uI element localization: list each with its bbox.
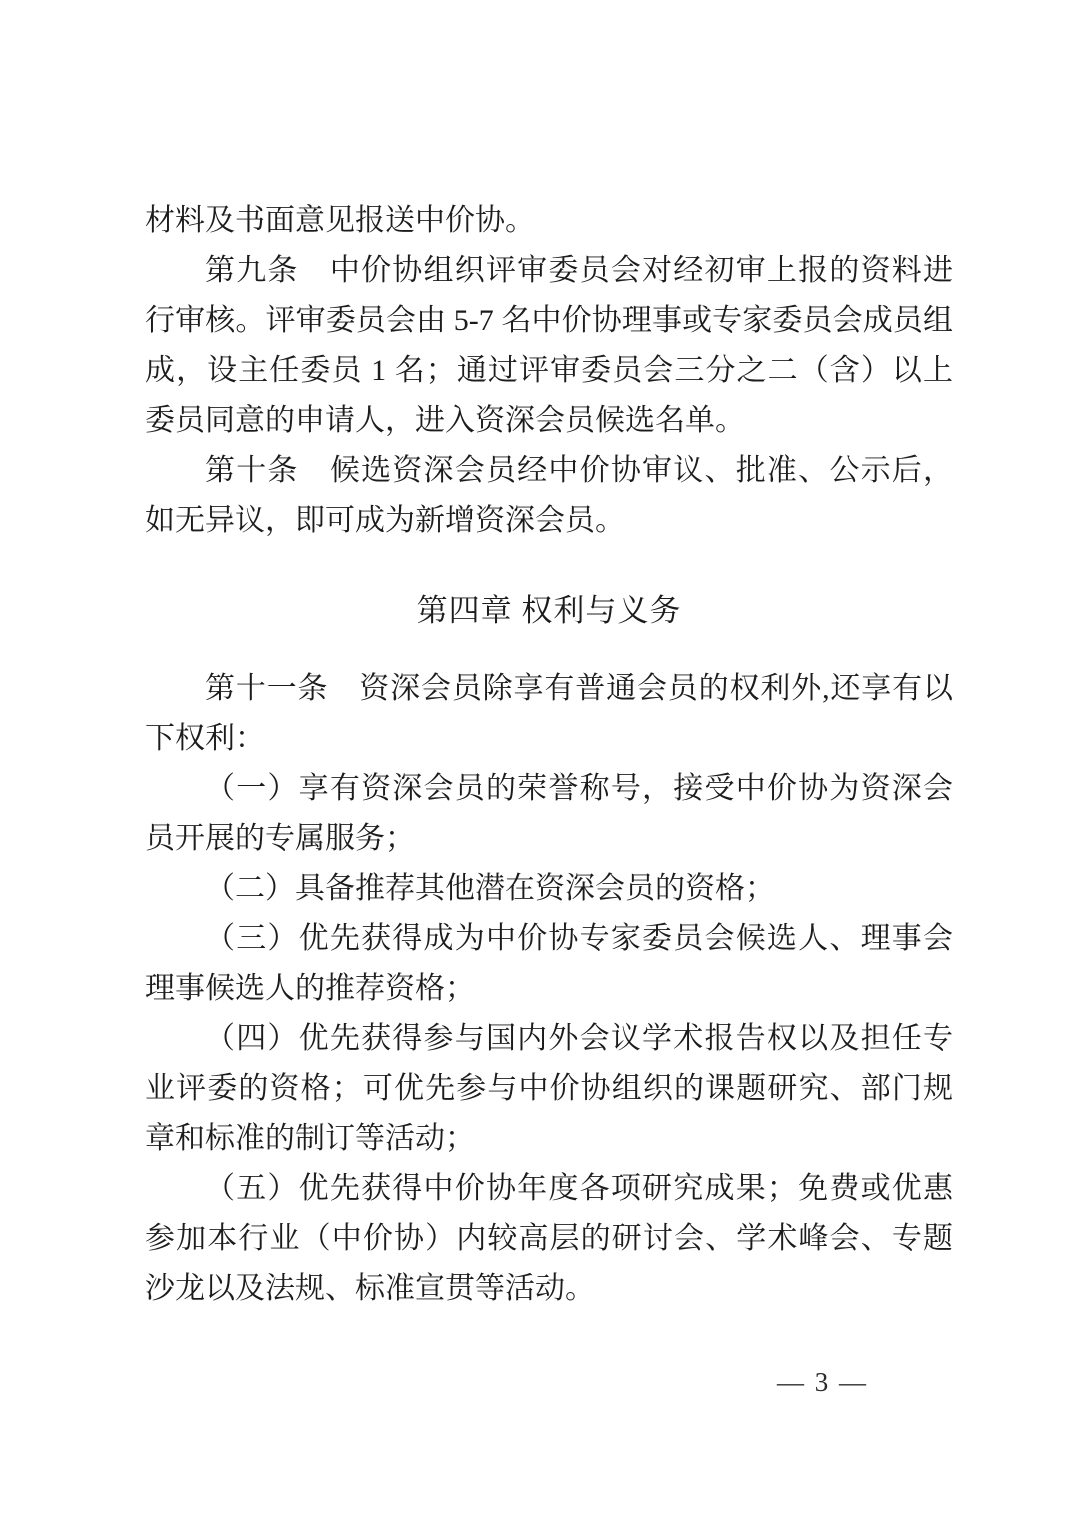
- paragraph-item-5: （五）优先获得中价协年度各项研究成果；免费或优惠参加本行业（中价协）内较高层的研…: [145, 1164, 953, 1314]
- chapter-heading: 第四章 权利与义务: [145, 586, 953, 636]
- paragraph-article-11: 第十一条 资深会员除享有普通会员的权利外,还享有以下权利：: [145, 664, 953, 764]
- paragraph-item-2: （二）具备推荐其他潜在资深会员的资格；: [145, 864, 953, 914]
- paragraph-item-4: （四）优先获得参与国内外会议学术报告权以及担任专业评委的资格；可优先参与中价协组…: [145, 1014, 953, 1164]
- paragraph-continuation: 材料及书面意见报送中价协。: [145, 196, 953, 246]
- paragraph-item-1: （一）享有资深会员的荣誉称号，接受中价协为资深会员开展的专属服务；: [145, 764, 953, 864]
- document-page: 材料及书面意见报送中价协。 第九条 中价协组织评审委员会对经初审上报的资料进行审…: [0, 0, 1080, 1528]
- document-body: 材料及书面意见报送中价协。 第九条 中价协组织评审委员会对经初审上报的资料进行审…: [145, 196, 953, 1314]
- paragraph-article-10: 第十条 候选资深会员经中价协审议、批准、公示后，如无异议，即可成为新增资深会员。: [145, 446, 953, 546]
- paragraph-article-9: 第九条 中价协组织评审委员会对经初审上报的资料进行审核。评审委员会由 5-7 名…: [145, 246, 953, 446]
- page-number: — 3 —: [777, 1362, 868, 1402]
- paragraph-item-3: （三）优先获得成为中价协专家委员会候选人、理事会理事候选人的推荐资格；: [145, 914, 953, 1014]
